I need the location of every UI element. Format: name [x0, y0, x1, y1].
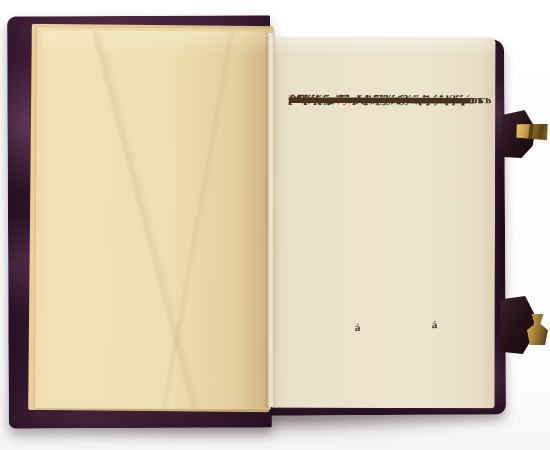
right-text-page: Вѣ́домо бу́ди , я́кѡ четы́ре су́ть єѵа́л…: [272, 37, 496, 409]
folio-mark-right: а́: [432, 321, 438, 331]
folio-mark-left: а́: [355, 324, 361, 334]
left-blank-page: [41, 31, 270, 409]
photo-antique-book: Вѣ́домо бу́ди , я́кѡ четы́ре су́ть єѵа́л…: [0, 0, 550, 450]
bottom-clasp-strap: [498, 296, 538, 354]
page-gutter-fold: [266, 33, 275, 407]
text-line: же́бное и́ сще́нническое явля́етъ ·: [288, 94, 491, 108]
text-block: Вѣ́домо бу́ди , я́кѡ четы́ре су́ть єѵа́л…: [288, 94, 488, 95]
